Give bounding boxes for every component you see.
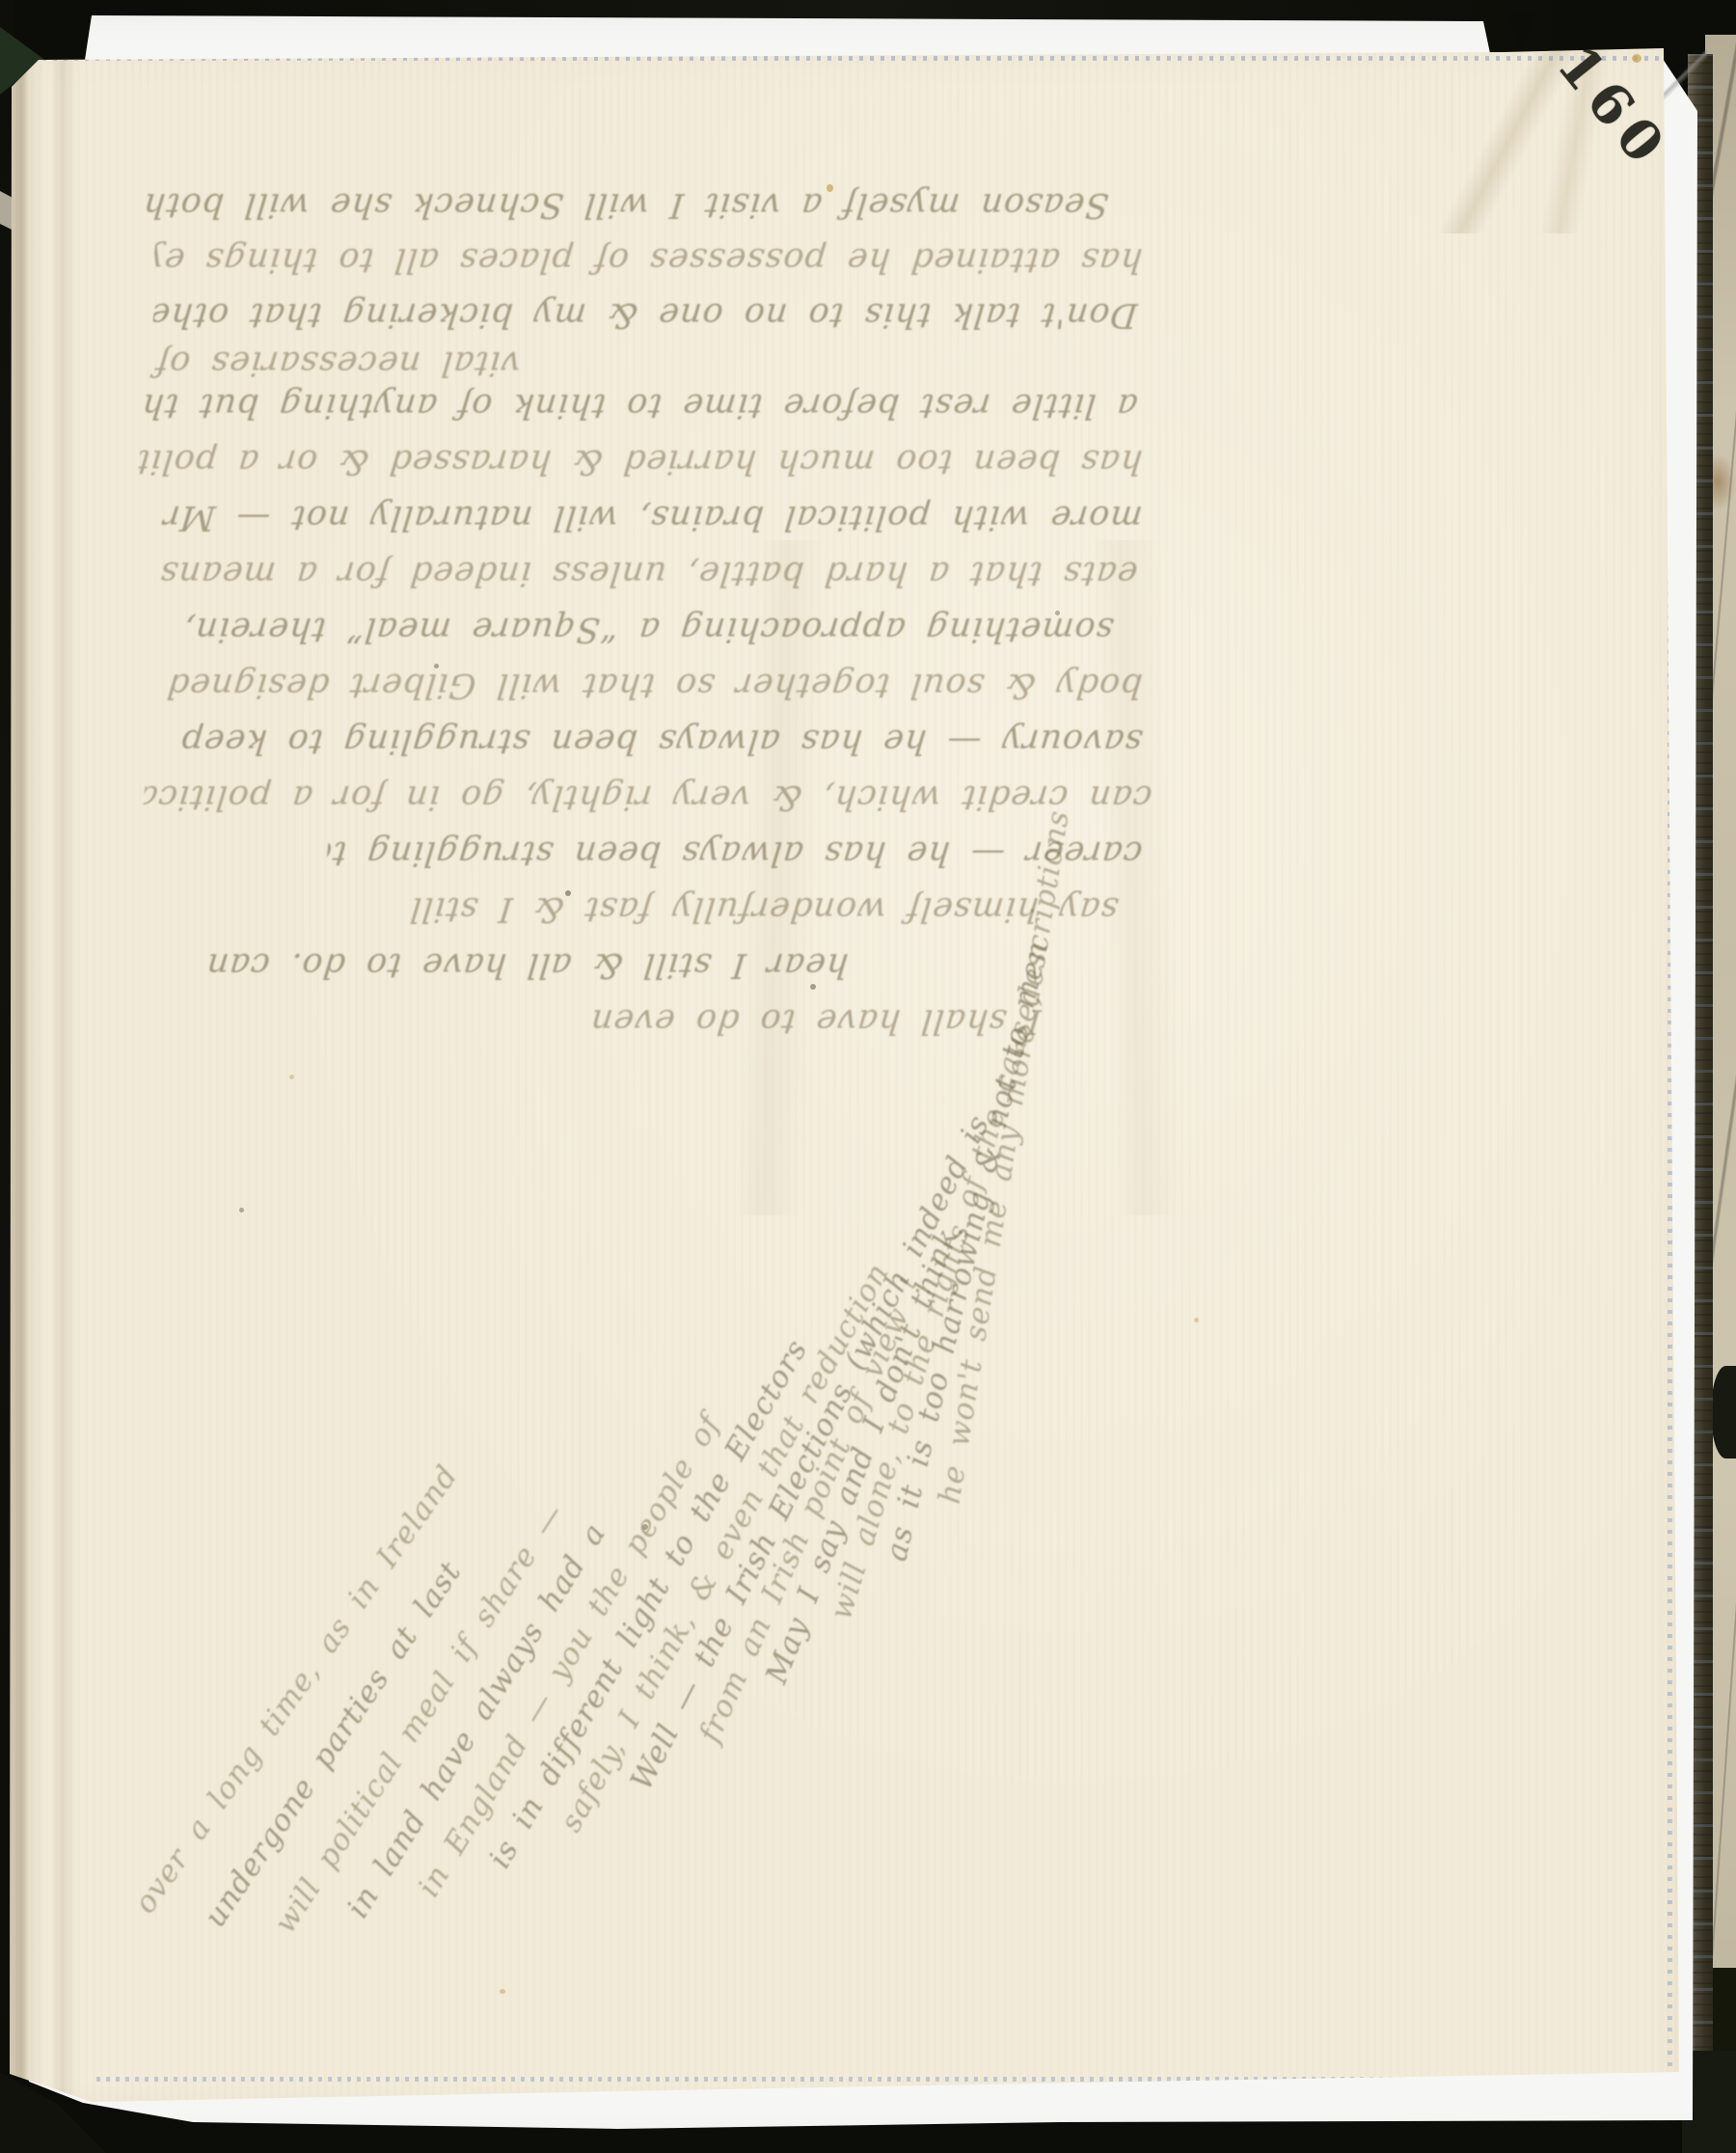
paper-speck (1632, 54, 1641, 63)
ink-dot (565, 890, 571, 896)
handwriting-line: I shall have to do even (537, 990, 1044, 1040)
paper-speck (500, 1989, 505, 1994)
letter-page: 160 Season myself a visit I will Schneck… (0, 0, 1736, 2153)
handwriting-line: Don't talk this to no one & my bickering… (151, 284, 1140, 334)
handwriting-line: body & soul together so that will Gilber… (127, 654, 1145, 704)
paper-speck (827, 184, 833, 192)
ink-dot (239, 1208, 244, 1213)
handwriting-line: say himself wonderfully fast & I still (142, 878, 1121, 928)
ink-dot (1055, 611, 1060, 615)
ink-dot (434, 664, 439, 668)
handwriting-line: savoury — he has always been struggling … (142, 710, 1145, 760)
handwriting-line: has attained he possesses of places all … (151, 229, 1145, 279)
ink-dot (642, 1524, 648, 1530)
handwriting-line: can credit which, & very rightly, go in … (142, 766, 1154, 816)
handwriting-line: a little rest before time to think of an… (142, 374, 1140, 424)
handwriting-line: something approaching a “Square meal” th… (127, 598, 1116, 648)
ink-dot (810, 984, 816, 990)
handwriting-line: Season myself a visit I will Schneck she… (142, 174, 1111, 224)
handwriting-line: has been too much harried & harassed & o… (137, 430, 1145, 480)
paper-speck (289, 1075, 294, 1079)
archival-letter-scan: 160 Season myself a visit I will Schneck… (0, 0, 1736, 2153)
paper-speck (1194, 1318, 1199, 1322)
handwriting-line: eats that a hard battle, unless indeed f… (127, 542, 1140, 592)
handwriting-line: more with political brains, will natural… (132, 486, 1145, 536)
handwriting-line: career — he has always been struggling t… (325, 822, 1145, 872)
stack-dark-notch (1711, 1366, 1736, 1458)
handwriting-line: hear I still & all have to do. can (142, 934, 851, 984)
